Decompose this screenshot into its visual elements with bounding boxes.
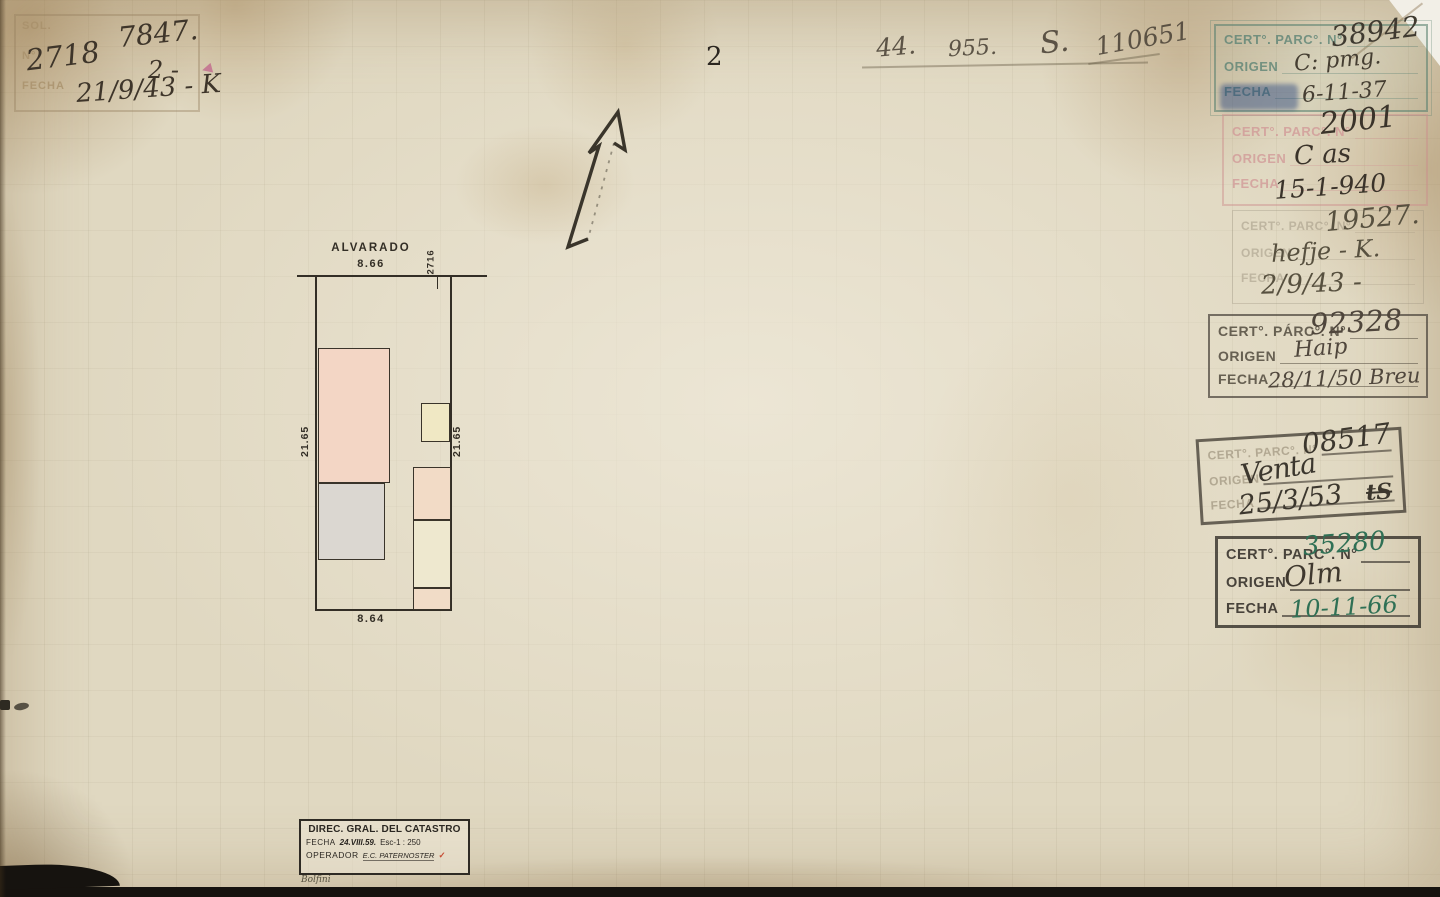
cert-number-handwritten: 08517 bbox=[1300, 419, 1392, 458]
cert-stamp-92328: CERT°. PÁRC°. N° ORIGEN FECHA 92328 Haip… bbox=[1208, 314, 1428, 398]
street-line bbox=[297, 275, 487, 277]
lot-left-line bbox=[315, 276, 317, 610]
left-side-measure-label: 21.65 bbox=[299, 415, 311, 457]
office-scale: Esc-1 : 250 bbox=[380, 838, 420, 847]
case-number-handwritten: 2718 bbox=[25, 38, 102, 76]
office-fecha-value: 24.VIII.59. bbox=[340, 838, 376, 847]
fecha-handwritten: 2/9/43 - bbox=[1261, 269, 1363, 299]
origen-label: ORIGEN bbox=[1232, 151, 1286, 166]
pencil-underline bbox=[862, 62, 1148, 68]
street-name-label: ALVARADO bbox=[316, 242, 426, 254]
north-arrow bbox=[563, 106, 633, 251]
scan-corner-shadow bbox=[0, 862, 120, 890]
cert-number-handwritten: 19527. bbox=[1324, 201, 1420, 236]
cert-stamp-38942: CERT°. PARC°. N° ORIGEN FECHA 38942 C: p… bbox=[1214, 24, 1428, 112]
figure-3-handwritten: S. bbox=[1039, 27, 1071, 60]
building-small bbox=[421, 403, 450, 442]
annotation-below-stamp: Bolfini bbox=[301, 876, 331, 885]
cert-stamp-19527: CERT°. PARC°. N° ORIGEN FECHA 19527. hef… bbox=[1232, 210, 1424, 304]
building-rear bbox=[318, 483, 385, 560]
scanned-cadastral-card: SOL. N° FECHA 7847. 2718 2 - 21/9/43 - K… bbox=[0, 0, 1440, 897]
cert-number-handwritten: 35280 bbox=[1302, 528, 1386, 560]
fecha-handwritten: 10-11-66 bbox=[1289, 592, 1398, 622]
origen-label: ORIGEN bbox=[1226, 575, 1286, 591]
fecha-label: FECHA bbox=[1226, 601, 1278, 617]
building-side-c bbox=[413, 588, 451, 610]
catastro-office-stamp: DIREC. GRAL. DEL CATASTRO FECHA 24.VIII.… bbox=[299, 819, 470, 875]
fecha-label: FECHA bbox=[1232, 176, 1279, 191]
cert-stamp-08517: CERT°. PARC°. N° ORIGEN FECHA 08517 Vent… bbox=[1196, 427, 1407, 525]
cert-number-handwritten: 2001 bbox=[1318, 102, 1397, 140]
fecha-scribble: tS bbox=[1365, 480, 1392, 504]
file-number-handwritten: 7847. bbox=[117, 16, 200, 52]
cert-number-handwritten: 92328 bbox=[1309, 306, 1403, 340]
building-side-b bbox=[413, 520, 451, 588]
scan-left-edge bbox=[0, 0, 6, 897]
figure-2-handwritten: 955. bbox=[947, 37, 997, 62]
page-number: 2 bbox=[706, 42, 723, 72]
building-side-a bbox=[413, 467, 451, 520]
red-checkmark: ✓ bbox=[438, 850, 445, 861]
rear-measure-label: 8.64 bbox=[316, 613, 426, 625]
fecha-label: FECHA bbox=[1218, 371, 1269, 387]
scan-bottom-edge bbox=[0, 887, 1440, 897]
ink-smudge bbox=[1220, 84, 1298, 110]
origen-label: ORIGEN bbox=[1218, 348, 1276, 364]
office-stamp-title: DIREC. GRAL. DEL CATASTRO bbox=[306, 824, 463, 835]
street-number-tick bbox=[437, 276, 438, 289]
figure-1-handwritten: 44. bbox=[875, 32, 917, 60]
sol-label: SOL. bbox=[22, 20, 52, 32]
origen-handwritten: Haip bbox=[1293, 336, 1348, 362]
fecha-label: FECHA bbox=[22, 80, 65, 92]
cert-stamp-35280: CERT°. PARC°. N° ORIGEN FECHA 35280 Olm … bbox=[1215, 536, 1421, 628]
origen-handwritten: hefje - K. bbox=[1270, 236, 1380, 266]
cert-stamp-2001: CERT°. PARC°. N° ORIGEN FECHA 2001 C as … bbox=[1222, 114, 1428, 206]
building-main bbox=[318, 348, 390, 483]
office-operador-value: E.C. PATERNOSTER bbox=[363, 851, 435, 861]
ink-smudge bbox=[0, 700, 10, 710]
office-operador-label: OPERADOR bbox=[306, 850, 359, 860]
origen-handwritten: Olm bbox=[1283, 558, 1344, 592]
cert-label: CERT°. PARC°. N° bbox=[1224, 32, 1343, 47]
fecha-handwritten: 15-1-940 bbox=[1273, 170, 1387, 203]
origen-label: ORIGEN bbox=[1224, 59, 1278, 74]
figure-4-handwritten: 110651 bbox=[1094, 18, 1192, 59]
right-side-measure-label: 21.65 bbox=[451, 415, 463, 457]
ink-smudge bbox=[14, 702, 30, 711]
office-fecha-label: FECHA bbox=[306, 838, 336, 847]
origen-handwritten: C as bbox=[1293, 141, 1351, 170]
front-measure-label: 8.66 bbox=[316, 258, 426, 270]
street-number-label: 2716 bbox=[426, 241, 437, 275]
fecha-handwritten: 28/11/50 Breu bbox=[1268, 365, 1421, 391]
